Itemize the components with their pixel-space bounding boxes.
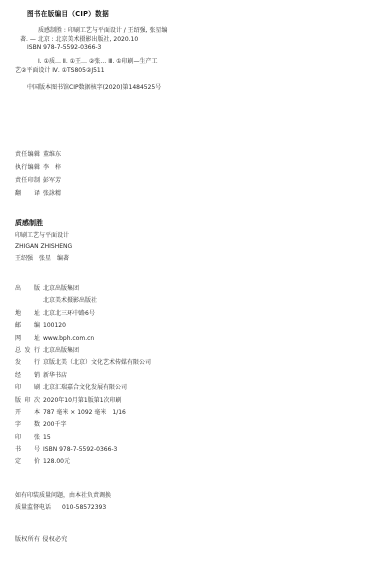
book-title-pinyin: ZHIGAN ZHISHENG (15, 241, 72, 253)
pub-value: 15 (43, 434, 51, 443)
quality-notice-line: 如有印装质量问题，由本社负责调换 (15, 490, 111, 502)
staff-value: 李 梓 (43, 164, 61, 173)
pub-value: 北京出版集团 (43, 285, 79, 294)
staff-row-translator: 翻译 张詠精 (15, 190, 61, 203)
pub-row-format: 开本 787 毫米 × 1092 毫米 1/16 (15, 409, 151, 421)
copyright-statement: 版权所有 侵权必究 (15, 536, 68, 545)
pub-value: 北京汇瑞嘉合文化发展有限公司 (43, 384, 127, 393)
pub-value: 新华书店 (43, 372, 67, 381)
pub-label: 发行 (15, 359, 40, 368)
book-title-block: 质感制胜 印刷工艺与平面设计 ZHIGAN ZHISHENG 王绍强 张星 编著 (15, 218, 72, 264)
pub-label: 经销 (15, 372, 40, 381)
staff-row-chief-editor: 责任编辑 董维东 (15, 151, 61, 164)
pub-row-general-distributor: 总发行 北京出版集团 (15, 347, 151, 359)
pub-row-printer: 印刷 北京汇瑞嘉合文化发展有限公司 (15, 384, 151, 396)
pub-label: 邮编 (15, 322, 40, 331)
book-authors: 王绍强 张星 编著 (15, 253, 72, 265)
pub-row-isbn: 书号 ISBN 978-7-5592-0366-3 (15, 446, 151, 458)
pub-value: 787 毫米 × 1092 毫米 1/16 (43, 409, 126, 418)
quality-hotline-phone: 010-58572393 (62, 502, 106, 514)
cip-entry-line-2: 著. — 北京 : 北京美术摄影出版社, 2020.10 (20, 36, 168, 45)
pub-label: 版印次 (15, 397, 40, 406)
pub-label: 字数 (15, 421, 40, 430)
book-subtitle: 印刷工艺与平面设计 (15, 230, 72, 242)
pub-value: ISBN 978-7-5592-0366-3 (43, 446, 117, 455)
staff-label: 翻译 (15, 190, 40, 199)
pub-row-postcode: 邮编 100120 (15, 322, 151, 334)
pub-label: 定价 (15, 458, 40, 467)
pub-label: 印刷 (15, 384, 40, 393)
cip-classification-line-2: 艺②平面设计 Ⅳ. ①TS805②J511 (15, 67, 158, 76)
pub-value: 北京北三环中路6号 (43, 310, 95, 319)
staff-label: 执行编辑 (15, 164, 40, 173)
pub-value: 北京出版集团 (43, 347, 79, 356)
pub-row-address: 地址 北京北三环中路6号 (15, 310, 151, 322)
quality-hotline-label: 质量监督电话 (15, 502, 51, 514)
pub-label: 地址 (15, 310, 40, 319)
staff-label: 责任印制 (15, 177, 40, 186)
pub-row-retailer: 经销 新华书店 (15, 372, 151, 384)
pub-row-distributor: 发行 京版北美（北京）文化艺术传媒有限公司 (15, 359, 151, 371)
staff-value: 董维东 (43, 151, 61, 160)
pub-value: 京版北美（北京）文化艺术传媒有限公司 (43, 359, 151, 368)
staff-value: 彭军芳 (43, 177, 61, 186)
pub-label: 出版 (15, 285, 40, 294)
cip-entry-line-1: 质感制胜 : 印刷工艺与平面设计 / 王绍强, 张星编 (20, 27, 168, 36)
pub-value: www.bph.com.cn (43, 335, 94, 344)
pub-label: 开本 (15, 409, 40, 418)
publication-info: 出版 北京出版集团 北京美术摄影出版社 地址 北京北三环中路6号 邮编 1001… (15, 285, 151, 471)
pub-row-publisher: 出版 北京出版集团 (15, 285, 151, 297)
pub-value: 北京美术摄影出版社 (43, 297, 97, 306)
colophon-page: 图书在版编目（CIP）数据 质感制胜 : 印刷工艺与平面设计 / 王绍强, 张星… (0, 0, 375, 582)
pub-label: 总发行 (15, 347, 40, 356)
pub-value: 100120 (43, 322, 66, 331)
pub-label: 书号 (15, 446, 40, 455)
book-title: 质感制胜 (15, 218, 72, 230)
quality-hotline: 质量监督电话 010-58572393 (15, 502, 111, 514)
pub-value: 2020年10月第1版第1次印刷 (43, 397, 122, 406)
staff-row-print-supervisor: 责任印制 彭军芳 (15, 177, 61, 190)
pub-label: 印张 (15, 434, 40, 443)
pub-row-wordcount: 字数 200千字 (15, 421, 151, 433)
pub-row-price: 定价 128.00元 (15, 458, 151, 470)
cip-classification-line-1: Ⅰ. ①质… Ⅱ. ①王… ②张… Ⅲ. ①印刷—生产工 (15, 58, 158, 67)
staff-value: 张詠精 (43, 190, 61, 199)
pub-value: 200千字 (43, 421, 66, 430)
quality-notice: 如有印装质量问题，由本社负责调换 质量监督电话 010-58572393 (15, 490, 111, 514)
pub-label: 网址 (15, 335, 40, 344)
pub-row-edition: 版印次 2020年10月第1版第1次印刷 (15, 397, 151, 409)
cip-heading: 图书在版编目（CIP）数据 (27, 10, 109, 19)
staff-row-executive-editor: 执行编辑 李 梓 (15, 164, 61, 177)
cip-record-number: 中国版本图书馆CIP数据核字(2020)第1484525号 (27, 84, 161, 93)
pub-row-website: 网址 www.bph.com.cn (15, 335, 151, 347)
cip-entry-isbn: ISBN 978-7-5592-0366-3 (20, 44, 168, 53)
staff-credits: 责任编辑 董维东 执行编辑 李 梓 责任印制 彭军芳 翻译 张詠精 (15, 151, 61, 203)
pub-value: 128.00元 (43, 458, 70, 467)
staff-label: 责任编辑 (15, 151, 40, 160)
cip-classification: Ⅰ. ①质… Ⅱ. ①王… ②张… Ⅲ. ①印刷—生产工 艺②平面设计 Ⅳ. ①… (15, 58, 158, 75)
pub-row-publisher-2: 北京美术摄影出版社 (15, 297, 151, 309)
cip-bibliographic-entry: 质感制胜 : 印刷工艺与平面设计 / 王绍强, 张星编 著. — 北京 : 北京… (20, 27, 168, 53)
pub-row-sheets: 印张 15 (15, 434, 151, 446)
